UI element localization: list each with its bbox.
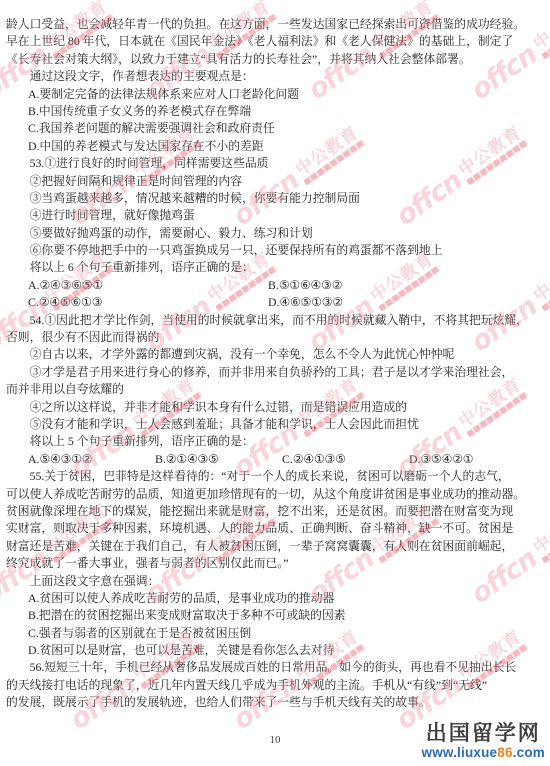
text-line: 否则，很少有不因此而得祸的 bbox=[6, 329, 546, 346]
option-line: B.把潜在的贫困挖掘出来变成财富取决于多种不可或缺的因素 bbox=[28, 607, 546, 624]
text-line: 财富还是苦难，关键在于我们自己，有人被贫困压倒，一辈子窝窝囊囊，有人则在贫困面前… bbox=[6, 538, 546, 555]
text-line: 通过这段文字，作者想表达的主要观点是： bbox=[6, 68, 546, 85]
text-line: 而并非用以自夸炫耀的 bbox=[6, 381, 546, 398]
text-line: 54.①因此把才学比作剑，当使用的时候就拿出来，而不用的时候就藏入鞘中，不将其把… bbox=[6, 312, 546, 329]
text-line: 终究成就了一番大事业，强者与弱者的区别仅此而已。” bbox=[6, 555, 546, 572]
option-cell: B.⑤①⑥④③② bbox=[268, 277, 546, 294]
text-line: ④之所以这样说，并非才能和学识本身有什么过错，而是错误应用造成的 bbox=[6, 399, 546, 416]
text-line: ②自古以来，才学外露的都遭到灾祸，没有一个幸免，怎么不令人为此忧心忡忡呢 bbox=[6, 346, 546, 363]
text-line: ④进行时间管理，就好像抛鸡蛋 bbox=[6, 207, 546, 224]
option-line: A.要制定完备的法律法规体系来应对人口老龄化问题 bbox=[28, 86, 546, 103]
page-content: 龄人口受益，也会减轻年青一代的负担。在这方面，一些发达国家已经探索出可资借鉴的成… bbox=[6, 16, 546, 712]
text-line: 龄人口受益，也会减轻年青一代的负担。在这方面，一些发达国家已经探索出可资借鉴的成… bbox=[6, 16, 546, 33]
site-url-prefix: www.liuxue bbox=[422, 745, 498, 760]
q54-prompt: 将以上 5 个句子重新排列，语序正确的是： bbox=[6, 433, 546, 450]
text-line: ③当鸡蛋越来越多，情况越来越糟的时候，你要有能力控制局面 bbox=[6, 190, 546, 207]
text-line: ⑤没有才能和学识，士人会感到羞耻；具备才能和学识，士人会因此而担忧 bbox=[6, 416, 546, 433]
q55-options: A.贫困可以使人养成吃苦耐劳的品质，是事业成功的推动器B.把潜在的贫困挖掘出来变… bbox=[6, 590, 546, 660]
option-cell: D.③⑤④②① bbox=[409, 451, 546, 468]
option-cell: A.②④③⑥⑤① bbox=[28, 277, 268, 294]
text-line: 的发展，既展示了手机的发展轨迹，也给人们带来了一些与手机天线有关的故事。 bbox=[6, 694, 546, 711]
q55-prompt: 上面这段文字意在强调： bbox=[6, 573, 546, 590]
text-line: ⑥你要不停地把手中的一只鸡蛋换成另一只，还要保持所有的鸡蛋都不落到地上 bbox=[6, 242, 546, 259]
option-line: C.我国养老问题的解决需要强调社会和政府责任 bbox=[28, 120, 546, 137]
site-url[interactable]: www.liuxue86.com bbox=[422, 746, 546, 760]
q56-paragraph: 56.短短三十年，手机已经从奢侈品发展成百姓的日常用品。如今的街头，再也看不见抽… bbox=[6, 659, 546, 711]
q55-paragraph: 55.关于贫困，巴菲特是这样看待的：“对于一个人的成长来说，贫困可以磨砺一个人的… bbox=[6, 468, 546, 572]
option-line: A.贫困可以使人养成吃苦耐劳的品质，是事业成功的推动器 bbox=[28, 590, 546, 607]
option-line: B.中国传统重子女义务的养老模式存在弊端 bbox=[28, 103, 546, 120]
q53-prompt: 将以上 6 个句子重新排列，语序正确的是： bbox=[6, 259, 546, 276]
option-line: D.中国的养老模式与发达国家存在不小的差距 bbox=[28, 138, 546, 155]
text-line: 55.关于贫困，巴菲特是这样看待的：“对于一个人的成长来说，贫困可以磨砺一个人的… bbox=[6, 468, 546, 485]
option-cell: B.②①④③⑤ bbox=[155, 451, 282, 468]
q52-options: A.要制定完备的法律法规体系来应对人口老龄化问题B.中国传统重子女义务的养老模式… bbox=[6, 86, 546, 156]
option-cell: A.⑤④③①② bbox=[28, 451, 155, 468]
site-name: 出国留学网 bbox=[422, 722, 546, 746]
q54-sentences: 54.①因此把才学比作剑，当使用的时候就拿出来，而不用的时候就藏入鞘中，不将其把… bbox=[6, 312, 546, 434]
q54-options: A.⑤④③①②B.②①④③⑤C.②④①③⑤D.③⑤④②① bbox=[6, 451, 546, 468]
q53-sentences: 53.①进行良好的时间管理，同样需要这些品质 ②把握好间隔和规律正是时间管理的内… bbox=[6, 155, 546, 259]
option-cell: C.②④⑤⑥①③ bbox=[28, 294, 268, 311]
option-cell: D.④⑥⑤①③② bbox=[268, 294, 546, 311]
site-url-number: 86 bbox=[497, 745, 512, 760]
passage-52: 龄人口受益，也会减轻年青一代的负担。在这方面，一些发达国家已经探索出可资借鉴的成… bbox=[6, 16, 546, 86]
text-line: ②把握好间隔和规律正是时间管理的内容 bbox=[6, 173, 546, 190]
option-line: D.贫困可以是财富，也可以是苦难，关键是看你怎么去对待 bbox=[28, 642, 546, 659]
text-line: 实财富，则取决于多种因素，环境机遇、人的能力品质、正确判断、奋斗精神，缺一不可。… bbox=[6, 520, 546, 537]
option-cell: C.②④①③⑤ bbox=[282, 451, 409, 468]
text-line: 贫困就像深埋在地下的煤炭，能挖掘出来就是财富，挖不出来，还是贫困。而要把潜在财富… bbox=[6, 503, 546, 520]
text-line: 《长寿社会对策大纲》，以致力于建立“具有活力的长寿社会”，并将其纳入社会整体部署… bbox=[6, 51, 546, 68]
site-url-suffix: .com bbox=[513, 745, 545, 760]
text-line: 56.短短三十年，手机已经从奢侈品发展成百姓的日常用品。如今的街头，再也看不见抽… bbox=[6, 659, 546, 676]
document-page: 龄人口受益，也会减轻年青一代的负担。在这方面，一些发达国家已经探索出可资借鉴的成… bbox=[0, 0, 550, 766]
text-line: 的天线接打电话的现象了，近几年内置天线几乎成为手机外观的主流。手机从“有线”到“… bbox=[6, 677, 546, 694]
q53-options: A.②④③⑥⑤①B.⑤①⑥④③②C.②④⑤⑥①③D.④⑥⑤①③② bbox=[6, 277, 546, 312]
text-line: ⑤要做好抛鸡蛋的动作，需要耐心、毅力、练习和计划 bbox=[6, 225, 546, 242]
text-line: ③才学是君子用来进行身心的修养，而并非用来自负骄矜的工具；君子是以才学来治理社会… bbox=[6, 364, 546, 381]
text-line: 53.①进行良好的时间管理，同样需要这些品质 bbox=[6, 155, 546, 172]
option-line: C.强者与弱者的区别就在于是否被贫困压倒 bbox=[28, 625, 546, 642]
text-line: 可以使人养成吃苦耐劳的品质，知道更加珍惜现有的一切，从这个角度讲贫困是事业成功的… bbox=[6, 486, 546, 503]
site-logo[interactable]: 出国留学网 www.liuxue86.com bbox=[422, 722, 546, 760]
text-line: 早在上世纪 80 年代，日本就在《国民年金法》《老人福利法》和《老人保健法》的基… bbox=[6, 33, 546, 50]
